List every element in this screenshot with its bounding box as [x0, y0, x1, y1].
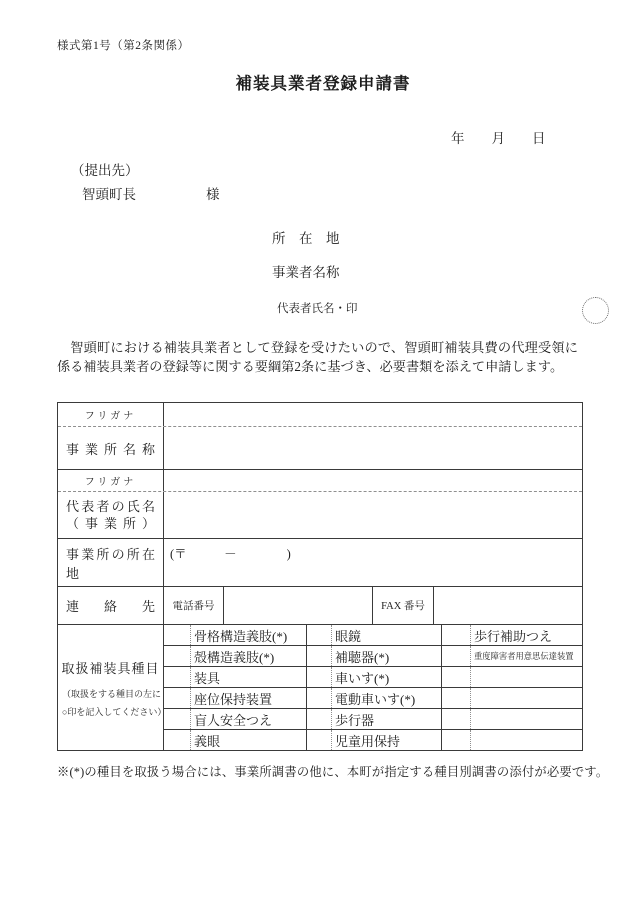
phone-label: 電話番号: [164, 587, 224, 624]
submit-to-label: （提出先）: [71, 159, 139, 179]
mark-cell: [307, 688, 332, 708]
addressee-name: 智頭町長: [82, 183, 136, 203]
rep-name-input-area: [164, 492, 582, 538]
body-paragraph: 智頭町における補装具業者として登録を受けたいので、智頭町補装具費の代理受領に係る…: [57, 338, 578, 376]
office-furigana-row: フリガナ: [58, 403, 582, 427]
representative-name-row: 代表者の氏名 （事業所）: [58, 492, 582, 539]
equipment-item: 義眼: [191, 730, 307, 750]
office-address-input-area: (〒 － ): [164, 539, 582, 586]
contact-label: 連絡先: [58, 596, 163, 615]
equipment-item: 歩行器: [332, 709, 442, 729]
furigana-label: フリガナ: [58, 407, 163, 422]
postal-code-prefix: (〒 － ): [170, 547, 291, 561]
equipment-categories-row: 取扱補装具種目 （取扱をする種目の左に ○印を記入してください） 骨格構造義肢(…: [58, 625, 582, 750]
rep-furigana-input-area: [164, 470, 582, 491]
category-note-line2: ○印を記入してください）: [58, 705, 163, 718]
equipment-row: 盲人安全つえ 歩行器: [164, 709, 582, 730]
office-furigana-input-area: [164, 403, 582, 426]
equipment-item: 電動車いす(*): [332, 688, 442, 708]
office-name-label: 事業所名称: [58, 439, 163, 458]
date-line: 年 月 日: [451, 127, 546, 147]
equipment-item: 骨格構造義肢(*): [191, 625, 307, 645]
equipment-item: 盲人安全つえ: [191, 709, 307, 729]
application-form-page: 様式第1号（第2条関係） 補装具業者登録申請書 年 月 日 （提出先） 智頭町長…: [0, 0, 630, 903]
equipment-row: 骨格構造義肢(*) 眼鏡 歩行補助つえ: [164, 625, 582, 646]
mark-cell: [307, 646, 332, 666]
business-name-label: 事業者名称: [272, 261, 340, 281]
rep-name-label-line1: 代表者の氏名: [58, 498, 163, 515]
form-code: 様式第1号（第2条関係）: [57, 37, 190, 53]
equipment-item: 座位保持装置: [191, 688, 307, 708]
mark-cell: [442, 646, 471, 666]
equipment-item: [471, 730, 582, 750]
mark-cell: [442, 667, 471, 687]
mark-cell: [164, 709, 191, 729]
mark-cell: [164, 688, 191, 708]
equipment-item: [471, 667, 582, 687]
page-title: 補装具業者登録申請書: [0, 70, 630, 94]
phone-input-area: [224, 587, 373, 624]
office-address-row: 事業所の所在地 (〒 － ): [58, 539, 582, 587]
equipment-item: [471, 709, 582, 729]
category-note-line1: （取扱をする種目の左に: [58, 687, 163, 700]
equipment-item: 装具: [191, 667, 307, 687]
equipment-row: 装具 車いす(*): [164, 667, 582, 688]
fax-input-area: [434, 587, 582, 624]
mark-cell: [164, 625, 191, 645]
rep-furigana-row: フリガナ: [58, 470, 582, 492]
category-label: 取扱補装具種目: [58, 658, 163, 677]
equipment-items-grid: 骨格構造義肢(*) 眼鏡 歩行補助つえ 殻構造義肢(*) 補聴器(*) 重度障害…: [164, 625, 582, 750]
equipment-row: 座位保持装置 電動車いす(*): [164, 688, 582, 709]
equipment-item: 補聴器(*): [332, 646, 442, 666]
furigana-label: フリガナ: [58, 473, 163, 488]
rep-name-label-line2: （事業所）: [58, 515, 163, 532]
equipment-item: 児童用保持: [332, 730, 442, 750]
equipment-item: 殻構造義肢(*): [191, 646, 307, 666]
equipment-row: 殻構造義肢(*) 補聴器(*) 重度障害者用意思伝達装置: [164, 646, 582, 667]
mark-cell: [442, 730, 471, 750]
mark-cell: [307, 625, 332, 645]
addressee-honorific: 様: [206, 183, 220, 203]
mark-cell: [164, 730, 191, 750]
equipment-item: 眼鏡: [332, 625, 442, 645]
equipment-row: 義眼 児童用保持: [164, 730, 582, 750]
mark-cell: [442, 688, 471, 708]
mark-cell: [307, 667, 332, 687]
seal-stamp-circle-icon: [582, 297, 609, 324]
location-label: 所 在 地: [272, 227, 340, 247]
representative-seal-label: 代表者氏名・印: [277, 300, 358, 316]
mark-cell: [164, 646, 191, 666]
footnote: ※(*)の種目を取扱う場合には、事業所調書の他に、本町が指定する種目別調書の添付…: [57, 762, 608, 780]
mark-cell: [307, 730, 332, 750]
equipment-item: 重度障害者用意思伝達装置: [471, 646, 582, 666]
application-table: フリガナ 事業所名称 フリガナ 代表者の氏名 （事業所）: [57, 402, 583, 751]
mark-cell: [442, 709, 471, 729]
mark-cell: [442, 625, 471, 645]
mark-cell: [164, 667, 191, 687]
contact-row: 連絡先 電話番号 FAX 番号: [58, 587, 582, 625]
equipment-item: 車いす(*): [332, 667, 442, 687]
mark-cell: [307, 709, 332, 729]
office-name-row: 事業所名称: [58, 427, 582, 470]
office-name-input-area: [164, 427, 582, 469]
equipment-item: 歩行補助つえ: [471, 625, 582, 645]
equipment-item: [471, 688, 582, 708]
office-address-label: 事業所の所在地: [58, 544, 163, 582]
fax-label: FAX 番号: [373, 587, 434, 624]
